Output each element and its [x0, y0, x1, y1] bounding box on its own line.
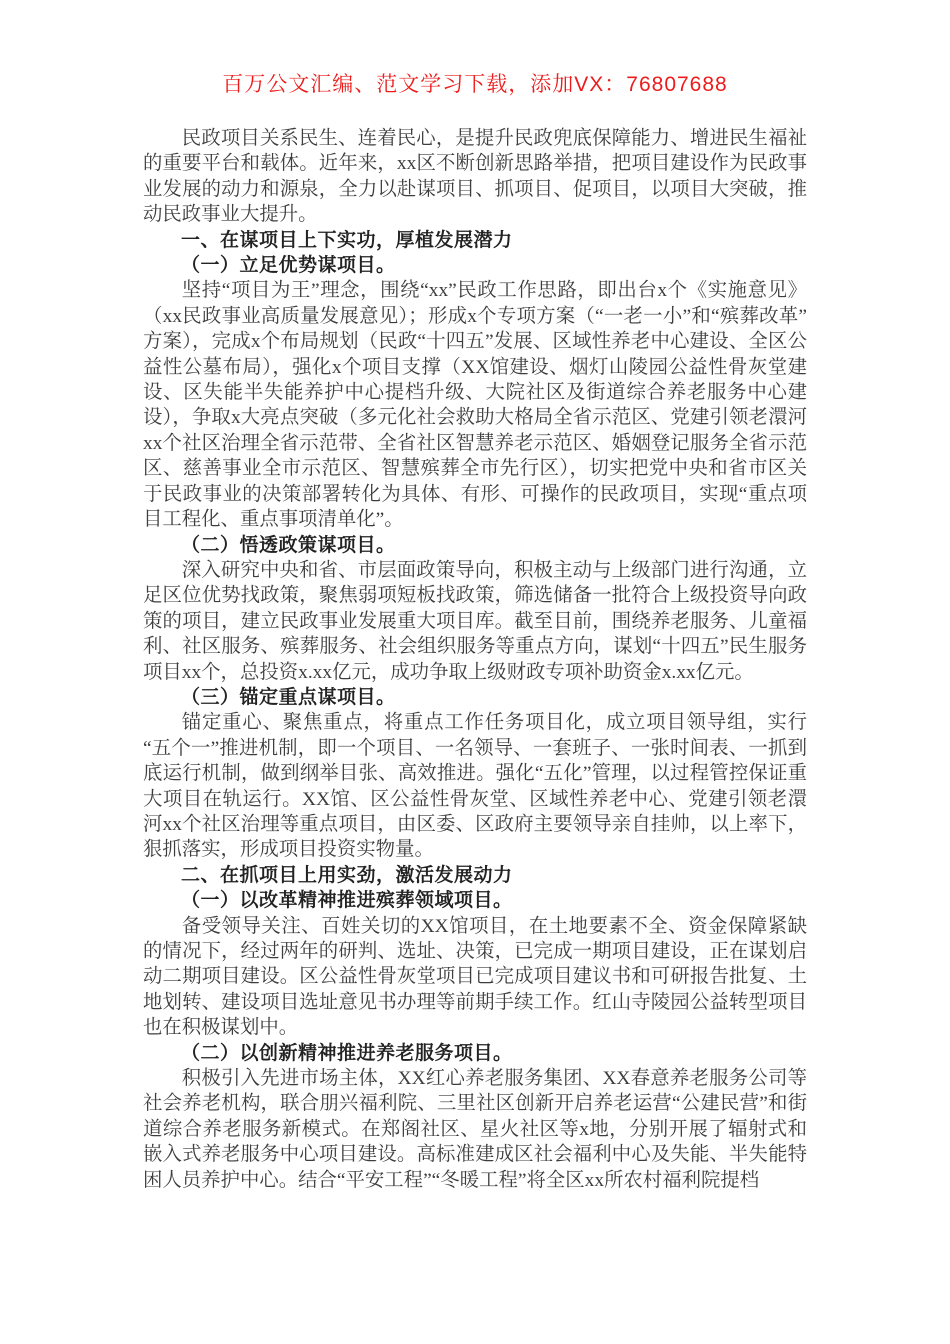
paragraph-subsection-1-3: 锚定重心、聚焦重点，将重点工作任务项目化，成立项目领导组，实行“五个一”推进机制…: [143, 710, 807, 862]
paragraph-subsection-2-2: 积极引入先进市场主体，XX红心养老服务集团、XX春意养老服务公司等社会养老机构，…: [143, 1066, 807, 1193]
heading-section-2: 二、在抓项目上用实劲，激活发展动力: [143, 863, 807, 888]
paragraph-subsection-1-2: 深入研究中央和省、市层面政策导向，积极主动与上级部门进行沟通，立足区位优势找政策…: [143, 558, 807, 685]
heading-subsection-2-2: （二）以创新精神推进养老服务项目。: [143, 1041, 807, 1066]
promo-banner: 百万公文汇编、范文学习下载，添加VX：76807688: [0, 68, 950, 98]
heading-subsection-1-2: （二）悟透政策谋项目。: [143, 533, 807, 558]
document-body: 民政项目关系民生、连着民心，是提升民政兜底保障能力、增进民生福祉的重要平台和载体…: [143, 126, 807, 1193]
heading-subsection-1-3: （三）锚定重点谋项目。: [143, 685, 807, 710]
paragraph-intro: 民政项目关系民生、连着民心，是提升民政兜底保障能力、增进民生福祉的重要平台和载体…: [143, 126, 807, 228]
heading-subsection-1-1: （一）立足优势谋项目。: [143, 253, 807, 278]
paragraph-subsection-1-1: 坚持“项目为王”理念，围绕“xx”民政工作思路，即出台x个《实施意见》（xx民政…: [143, 278, 807, 532]
heading-subsection-2-1: （一）以改革精神推进殡葬领域项目。: [143, 888, 807, 913]
paragraph-subsection-2-1: 备受领导关注、百姓关切的XX馆项目，在土地要素不全、资金保障紧缺的情况下，经过两…: [143, 914, 807, 1041]
heading-section-1: 一、在谋项目上下实功，厚植发展潜力: [143, 228, 807, 253]
document-page: 百万公文汇编、范文学习下载，添加VX：76807688 民政项目关系民生、连着民…: [0, 0, 950, 1344]
